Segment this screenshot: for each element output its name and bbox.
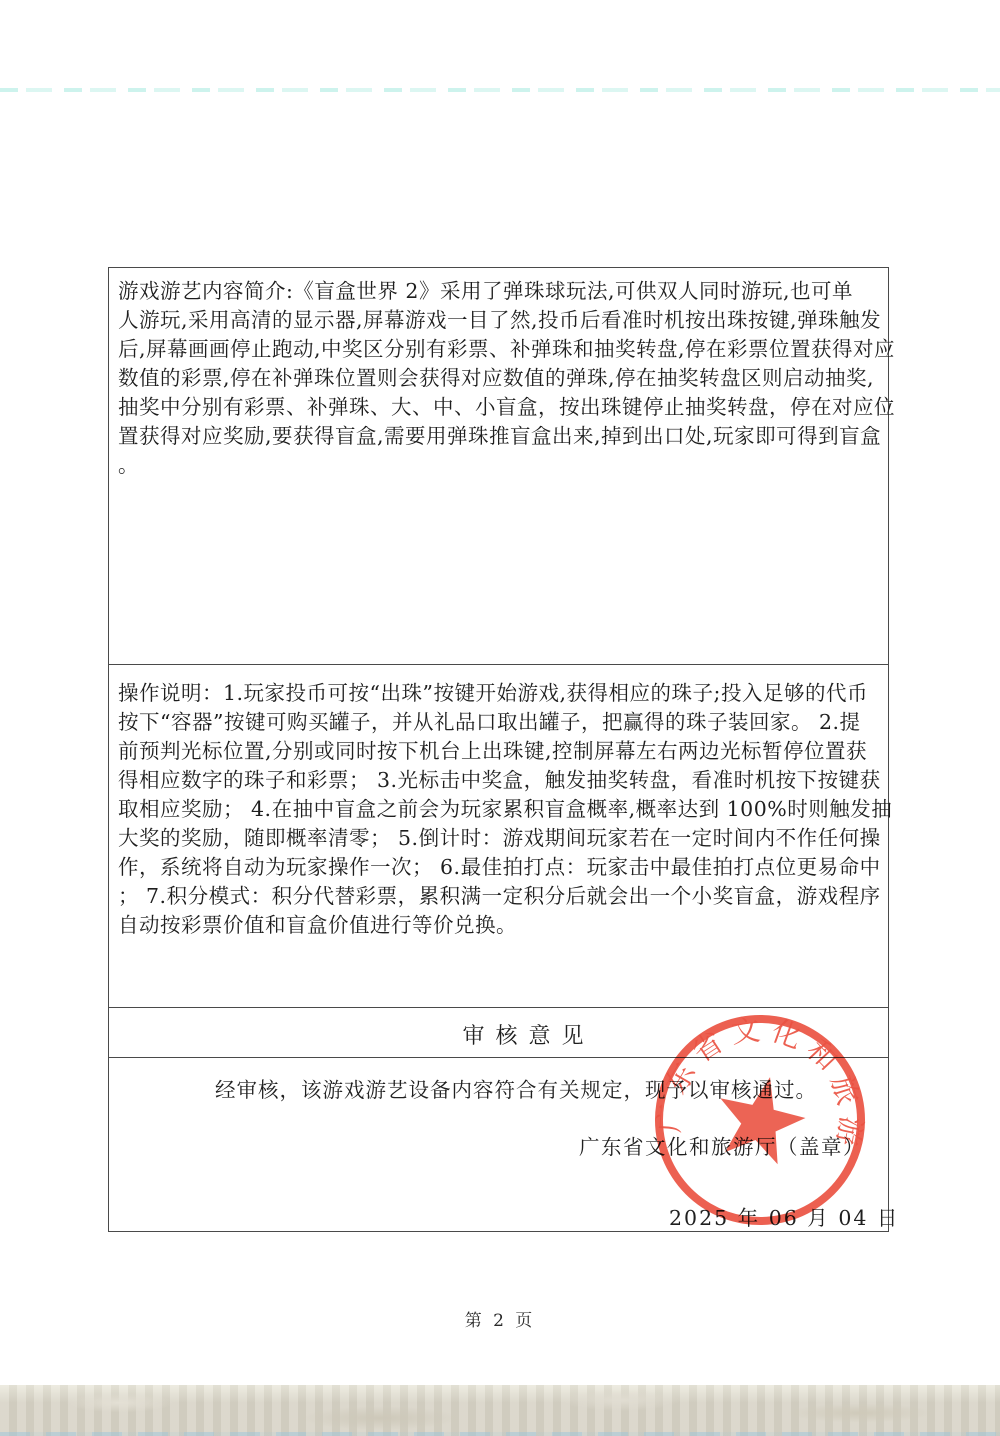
- text-line: 自动按彩票价值和盲盒价值进行等价兑换。: [118, 911, 879, 940]
- operation-instructions-text: 操作说明：1.玩家投币可按“出珠”按键开始游戏,获得相应的珠子;投入足够的代币按…: [118, 679, 879, 940]
- text-line: 。: [118, 451, 879, 480]
- text-line: 游戏游艺内容简介:《盲盒世界 2》采用了弹珠球玩法,可供双人同时游玩,也可单: [118, 277, 879, 306]
- review-conclusion-text: 经审核，该游戏游艺设备内容符合有关规定，现予以审核通过。: [215, 1073, 817, 1103]
- text-line: 得相应数字的珠子和彩票； 3.光标击中奖盒，触发抽奖转盘，看准时机按下按键获: [118, 766, 879, 795]
- text-line: 取相应奖励； 4.在抽中盲盒之前会为玩家累积盲盒概率,概率达到 100%时则触发…: [118, 795, 879, 824]
- review-result-cell: 经审核，该游戏游艺设备内容符合有关规定，现予以审核通过。 广东省文化和旅游厅（盖…: [109, 1058, 888, 1231]
- operation-instructions-cell: 操作说明：1.玩家投币可按“出珠”按键开始游戏,获得相应的珠子;投入足够的代币按…: [109, 665, 888, 1008]
- text-line: 抽奖中分别有彩票、补弹珠、大、中、小盲盒，按出珠键停止抽奖转盘，停在对应位: [118, 393, 879, 422]
- approval-date: 2025 年 06 月 04 日: [669, 1201, 899, 1231]
- game-intro-text: 游戏游艺内容简介:《盲盒世界 2》采用了弹珠球玩法,可供双人同时游玩,也可单人游…: [118, 277, 879, 480]
- scan-artifact-dashed-line-bottom: [0, 1432, 1000, 1436]
- game-intro-cell: 游戏游艺内容简介:《盲盒世界 2》采用了弹珠球玩法,可供双人同时游玩,也可单人游…: [109, 268, 888, 665]
- scan-artifact-bottom-band: [0, 1385, 1000, 1436]
- page-number: 第 2 页: [0, 1306, 1000, 1331]
- text-line: 作，系统将自动为玩家操作一次； 6.最佳拍打点：玩家击中最佳拍打点位更易命中: [118, 853, 879, 882]
- scan-artifact-dashed-line-top: [0, 88, 1000, 92]
- text-line: 操作说明：1.玩家投币可按“出珠”按键开始游戏,获得相应的珠子;投入足够的代币: [118, 679, 879, 708]
- text-line: 按下“容器”按键可购买罐子，并从礼品口取出罐子，把赢得的珠子装回家。 2.提: [118, 708, 879, 737]
- text-line: 大奖的奖励，随即概率清零； 5.倒计时：游戏期间玩家若在一定时间内不作任何操: [118, 824, 879, 853]
- text-line: 人游玩,采用高清的显示器,屏幕游戏一目了然,投币后看准时机按出珠按键,弹珠触发: [118, 306, 879, 335]
- text-line: 置获得对应奖励,要获得盲盒,需要用弹珠推盲盒出来,掉到出口处,玩家即可得到盲盒: [118, 422, 879, 451]
- review-opinion-header-cell: 审核意见: [109, 1008, 888, 1058]
- review-opinion-header: 审核意见: [462, 1019, 594, 1050]
- scanned-approval-document: { "table": { "intro": { "lines": [ "游戏游艺…: [0, 0, 1000, 1436]
- text-line: 后,屏幕画画停止跑动,中奖区分别有彩票、补弹珠和抽奖转盘,停在彩票位置获得对应: [118, 335, 879, 364]
- text-line: ； 7.积分模式：积分代替彩票，累积满一定积分后就会出一个小奖盲盒，游戏程序: [118, 882, 879, 911]
- authority-signature-text: 广东省文化和旅游厅（盖章）: [579, 1130, 865, 1160]
- text-line: 前预判光标位置,分别或同时按下机台上出珠键,控制屏幕左右两边光标暂停位置获: [118, 737, 879, 766]
- text-line: 数值的彩票,停在补弹珠位置则会获得对应数值的弹珠,停在抽奖转盘区则启动抽奖,: [118, 364, 879, 393]
- approval-form-table: 游戏游艺内容简介:《盲盒世界 2》采用了弹珠球玩法,可供双人同时游玩,也可单人游…: [108, 267, 889, 1232]
